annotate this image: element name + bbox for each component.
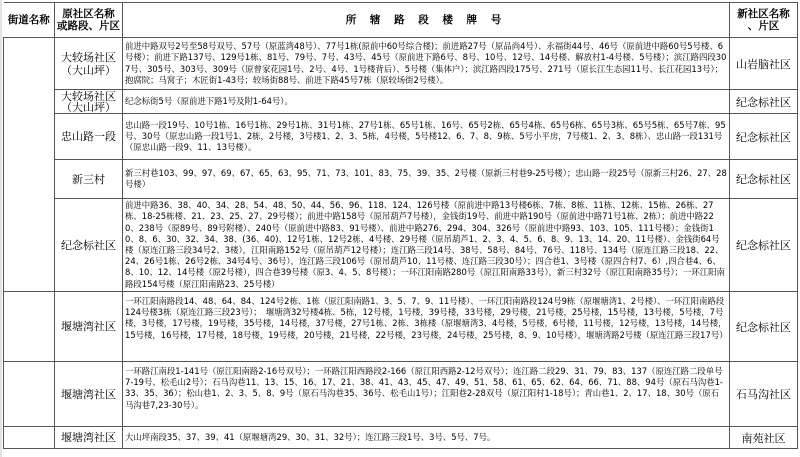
table-row: 大较场社区 （大山坪） 纪念标街5号（原前进下路1号及附1-64号）。 纪念标社…	[4, 90, 798, 114]
table-header-row: 街道名称 原社区名称 或路段、片区 所 辖 路 段 楼 牌 号 新社区名称 、片…	[4, 3, 798, 38]
window-edge	[0, 0, 2, 457]
address-cell: 大山坪南段35、37、39、41（原堰塘湾29、30、31、32号）；连江路三段…	[123, 427, 730, 449]
address-cell: 一环江阳南路段14、48、64、84、124号2栋、1栋（原江阳南路1、3、5、…	[123, 292, 730, 362]
original-community-cell: 堰塘湾社区	[55, 427, 123, 449]
new-community-cell: 纪念标社区	[730, 160, 798, 199]
table-row: 堰塘湾社区 一环路江南段1-141号（原江阳南路2-16号双号）；一环路江阳西路…	[4, 362, 798, 427]
street-community-address-table: 街道名称 原社区名称 或路段、片区 所 辖 路 段 楼 牌 号 新社区名称 、片…	[3, 2, 798, 449]
new-community-cell: 纪念标社区	[730, 90, 798, 114]
table-row: 纪念标社区 前进中路36、38、40、34、28、54、48、50、44、56、…	[4, 199, 798, 292]
address-cell: 纪念标街5号（原前进下路1号及附1-64号）。	[123, 90, 730, 114]
table-row: 忠山路一段 忠山路一段19号、10号1栋、16号1栋、29号1栋、31号1栋、2…	[4, 114, 798, 160]
address-cell: 一环路江南段1-141号（原江阳南路2-16号双号）；一环路江阳西路段2-166…	[123, 362, 730, 427]
table-row: 堰塘湾社区 大山坪南段35、37、39、41（原堰塘湾29、30、31、32号）…	[4, 427, 798, 449]
header-original-community: 原社区名称 或路段、片区	[55, 3, 123, 38]
table-row: 大较场社区 （大山坪） 前进中路双号2号至58号双号、57号（原蓝湾48号）、7…	[4, 38, 798, 90]
header-street: 街道名称	[4, 3, 55, 38]
original-community-cell: 忠山路一段	[55, 114, 123, 160]
address-cell: 前进中路双号2号至58号双号、57号（原蓝湾48号）、77号1栋(原前中60号综…	[123, 38, 730, 90]
street-cell	[4, 362, 55, 427]
new-community-cell: 纪念标社区	[730, 114, 798, 160]
address-cell: 前进中路36、38、40、34、28、54、48、50、44、56、96、118…	[123, 199, 730, 292]
address-cell: 新三村巷103、99、97、69、67、65、63、95、71、73、101、8…	[123, 160, 730, 199]
header-new-community: 新社区名称 、片区	[730, 3, 798, 38]
new-community-cell: 南苑社区	[730, 427, 798, 449]
table-row: 堰塘湾社区 一环江阳南路段14、48、64、84、124号2栋、1栋（原江阳南路…	[4, 292, 798, 362]
original-community-cell: 堰塘湾社区	[55, 292, 123, 362]
original-community-cell: 大较场社区 （大山坪）	[55, 90, 123, 114]
street-cell	[4, 38, 55, 199]
new-community-cell: 纪念标社区	[730, 292, 798, 362]
street-cell	[4, 199, 55, 292]
street-cell	[4, 427, 55, 449]
street-cell	[4, 292, 55, 362]
address-cell: 忠山路一段19号、10号1栋、16号1栋、29号1栋、31号1栋、27号1栋、6…	[123, 114, 730, 160]
new-community-cell: 石马沟社区	[730, 362, 798, 427]
header-addresses: 所 辖 路 段 楼 牌 号	[123, 3, 730, 38]
new-community-cell: 山岩脑社区	[730, 38, 798, 90]
table-row: 新三村 新三村巷103、99、97、69、67、65、63、95、71、73、1…	[4, 160, 798, 199]
original-community-cell: 堰塘湾社区	[55, 362, 123, 427]
original-community-cell: 纪念标社区	[55, 199, 123, 292]
original-community-cell: 新三村	[55, 160, 123, 199]
original-community-cell: 大较场社区 （大山坪）	[55, 38, 123, 90]
new-community-cell: 纪念标社区	[730, 199, 798, 292]
